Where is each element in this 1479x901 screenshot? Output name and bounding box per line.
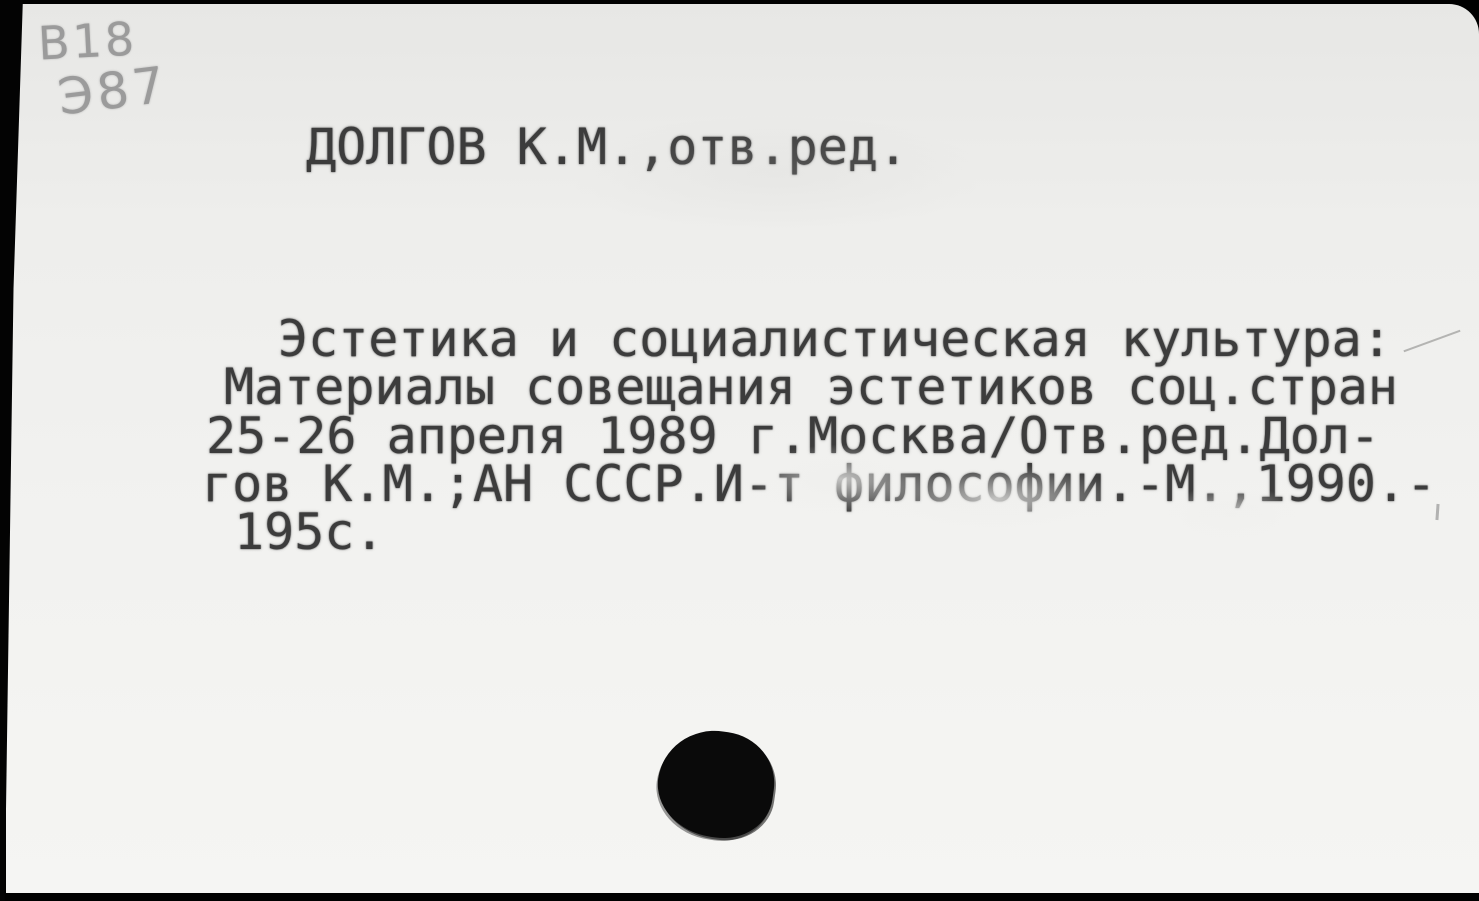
bibliographic-line: Материалы совещания эстетиков соц.стран: [224, 362, 1398, 412]
call-number-bottom: Э87: [55, 55, 172, 126]
page-count-line: 195с.: [234, 507, 385, 557]
scanned-catalog-card-page: В18 Э87 ДОЛГОВ К.М.,отв.ред. Эстетика и …: [0, 0, 1479, 901]
hole-punch-mark: [651, 723, 781, 844]
pencil-check-stroke: [1403, 330, 1460, 352]
bibliographic-line: 25-26 апреля 1989 г.Москва/Отв.ред.Дол-: [206, 411, 1380, 461]
stray-ink-mark: [1435, 504, 1439, 520]
author-heading: ДОЛГОВ К.М.,отв.ред.: [306, 122, 908, 172]
catalog-card: В18 Э87 ДОЛГОВ К.М.,отв.ред. Эстетика и …: [6, 4, 1479, 893]
bibliographic-line: гов К.М.;АН СССР.И-т философии.-М.,1990.…: [202, 459, 1436, 509]
bibliographic-line: Эстетика и социалистическая культура:: [278, 314, 1392, 364]
